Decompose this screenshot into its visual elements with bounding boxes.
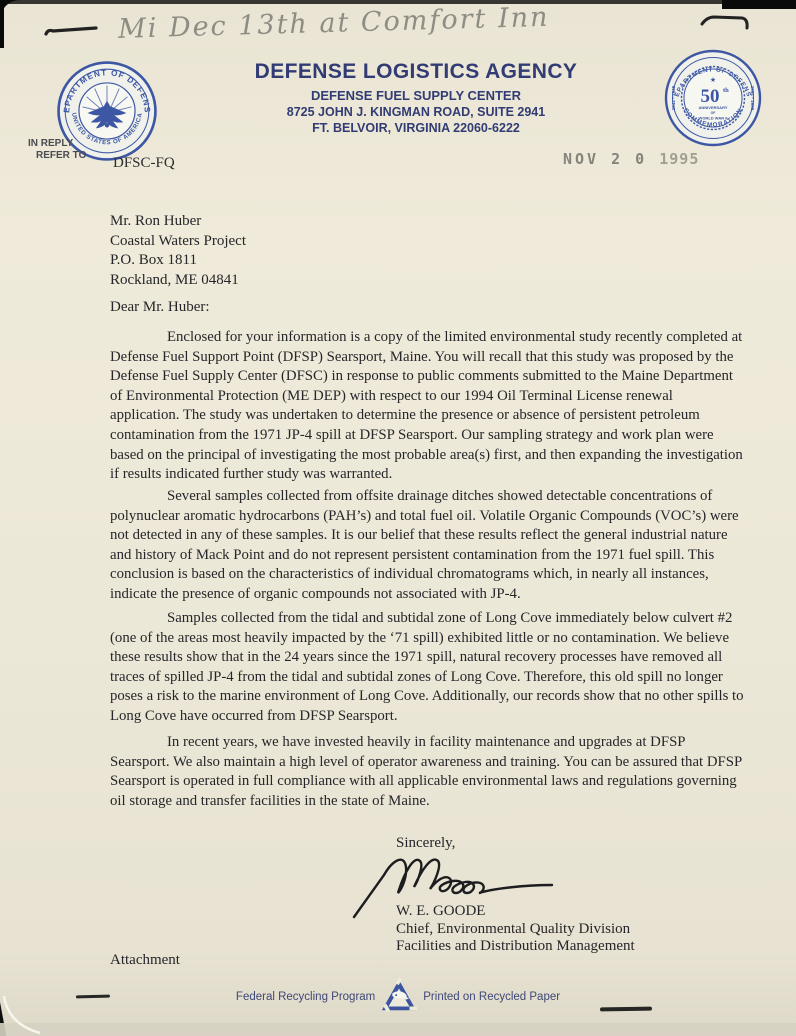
body-paragraph-1: Enclosed for your information is a copy … bbox=[110, 328, 746, 485]
date-stamp-year: 1995 bbox=[659, 150, 699, 168]
ww2-seal-anniversary: ANNIVERSARY bbox=[699, 105, 728, 110]
in-reply-line2: REFER TO bbox=[36, 150, 86, 162]
body-paragraph-2: Several samples collected from offsite d… bbox=[110, 487, 746, 605]
scanned-letter-page: Mi Dec 13th at Comfort Inn DEPARTMENT OF… bbox=[0, 0, 796, 1036]
city-state-zip: FT. BELVOIR, VIRGINIA 22060-6222 bbox=[188, 121, 644, 135]
footer: Federal Recycling Program Printed on Rec… bbox=[0, 978, 796, 1016]
signature-block: W. E. GOODE Chief, Environmental Quality… bbox=[396, 903, 635, 956]
ww2-seal-th: th bbox=[723, 87, 729, 94]
footer-left-text: Federal Recycling Program bbox=[236, 991, 375, 1003]
signer-title-1: Chief, Environmental Quality Division bbox=[396, 921, 635, 938]
letterhead: DEFENSE LOGISTICS AGENCY DEFENSE FUEL SU… bbox=[188, 60, 644, 135]
agency-name: DEFENSE LOGISTICS AGENCY bbox=[188, 60, 644, 84]
staple-mark-icon bbox=[698, 12, 754, 32]
date-stamp-month-day: NOV 2 0 bbox=[563, 150, 647, 168]
signer-name: W. E. GOODE bbox=[396, 903, 635, 920]
ww2-seal-worldwar2: WORLD WAR II bbox=[699, 116, 728, 121]
recipient-org: Coastal Waters Project bbox=[110, 232, 246, 252]
office-name: DEFENSE FUEL SUPPLY CENTER bbox=[188, 88, 644, 103]
ww2-50th-seal-icon: DEPARTMENT OF DEFENSE COMMEMORATION 1941… bbox=[663, 48, 763, 148]
recipient-address: Mr. Ron Huber Coastal Waters Project P.O… bbox=[110, 212, 246, 290]
footer-right-text: Printed on Recycled Paper bbox=[423, 991, 560, 1003]
body-paragraph-3: Samples collected from the tidal and sub… bbox=[110, 609, 746, 727]
street-address: 8725 JOHN J. KINGMAN ROAD, SUITE 2941 bbox=[188, 105, 644, 119]
date-stamp: NOV 2 0 1995 bbox=[563, 150, 699, 168]
star-icon: ★ bbox=[710, 76, 716, 84]
in-reply-line1: IN REPLY bbox=[28, 138, 86, 150]
recipient-po-box: P.O. Box 1811 bbox=[110, 251, 246, 271]
attachment-note: Attachment bbox=[110, 952, 180, 969]
reference-code: DFSC-FQ bbox=[113, 155, 175, 172]
scan-edge-top-right bbox=[722, 0, 796, 9]
ww2-seal-left-years: 1941 - 1945 bbox=[671, 85, 676, 110]
ww2-seal-50: 50 bbox=[701, 86, 720, 107]
scan-edge-left bbox=[0, 0, 4, 48]
ww2-seal-right-years: 1991 - 1995 bbox=[750, 86, 755, 111]
recipient-name: Mr. Ron Huber bbox=[110, 212, 246, 232]
recycle-eagle-logo-icon bbox=[380, 978, 418, 1016]
signer-title-2: Facilities and Distribution Management bbox=[396, 938, 635, 955]
scan-bottom-strip bbox=[0, 1023, 796, 1036]
in-reply-refer-to: IN REPLY REFER TO bbox=[28, 138, 86, 162]
staple-mark-icon bbox=[42, 22, 102, 38]
recipient-city: Rockland, ME 04841 bbox=[110, 271, 246, 291]
salutation: Dear Mr. Huber: bbox=[110, 299, 210, 316]
ww2-seal-of: OF bbox=[711, 111, 716, 115]
body-paragraph-4: In recent years, we have invested heavil… bbox=[110, 733, 746, 811]
